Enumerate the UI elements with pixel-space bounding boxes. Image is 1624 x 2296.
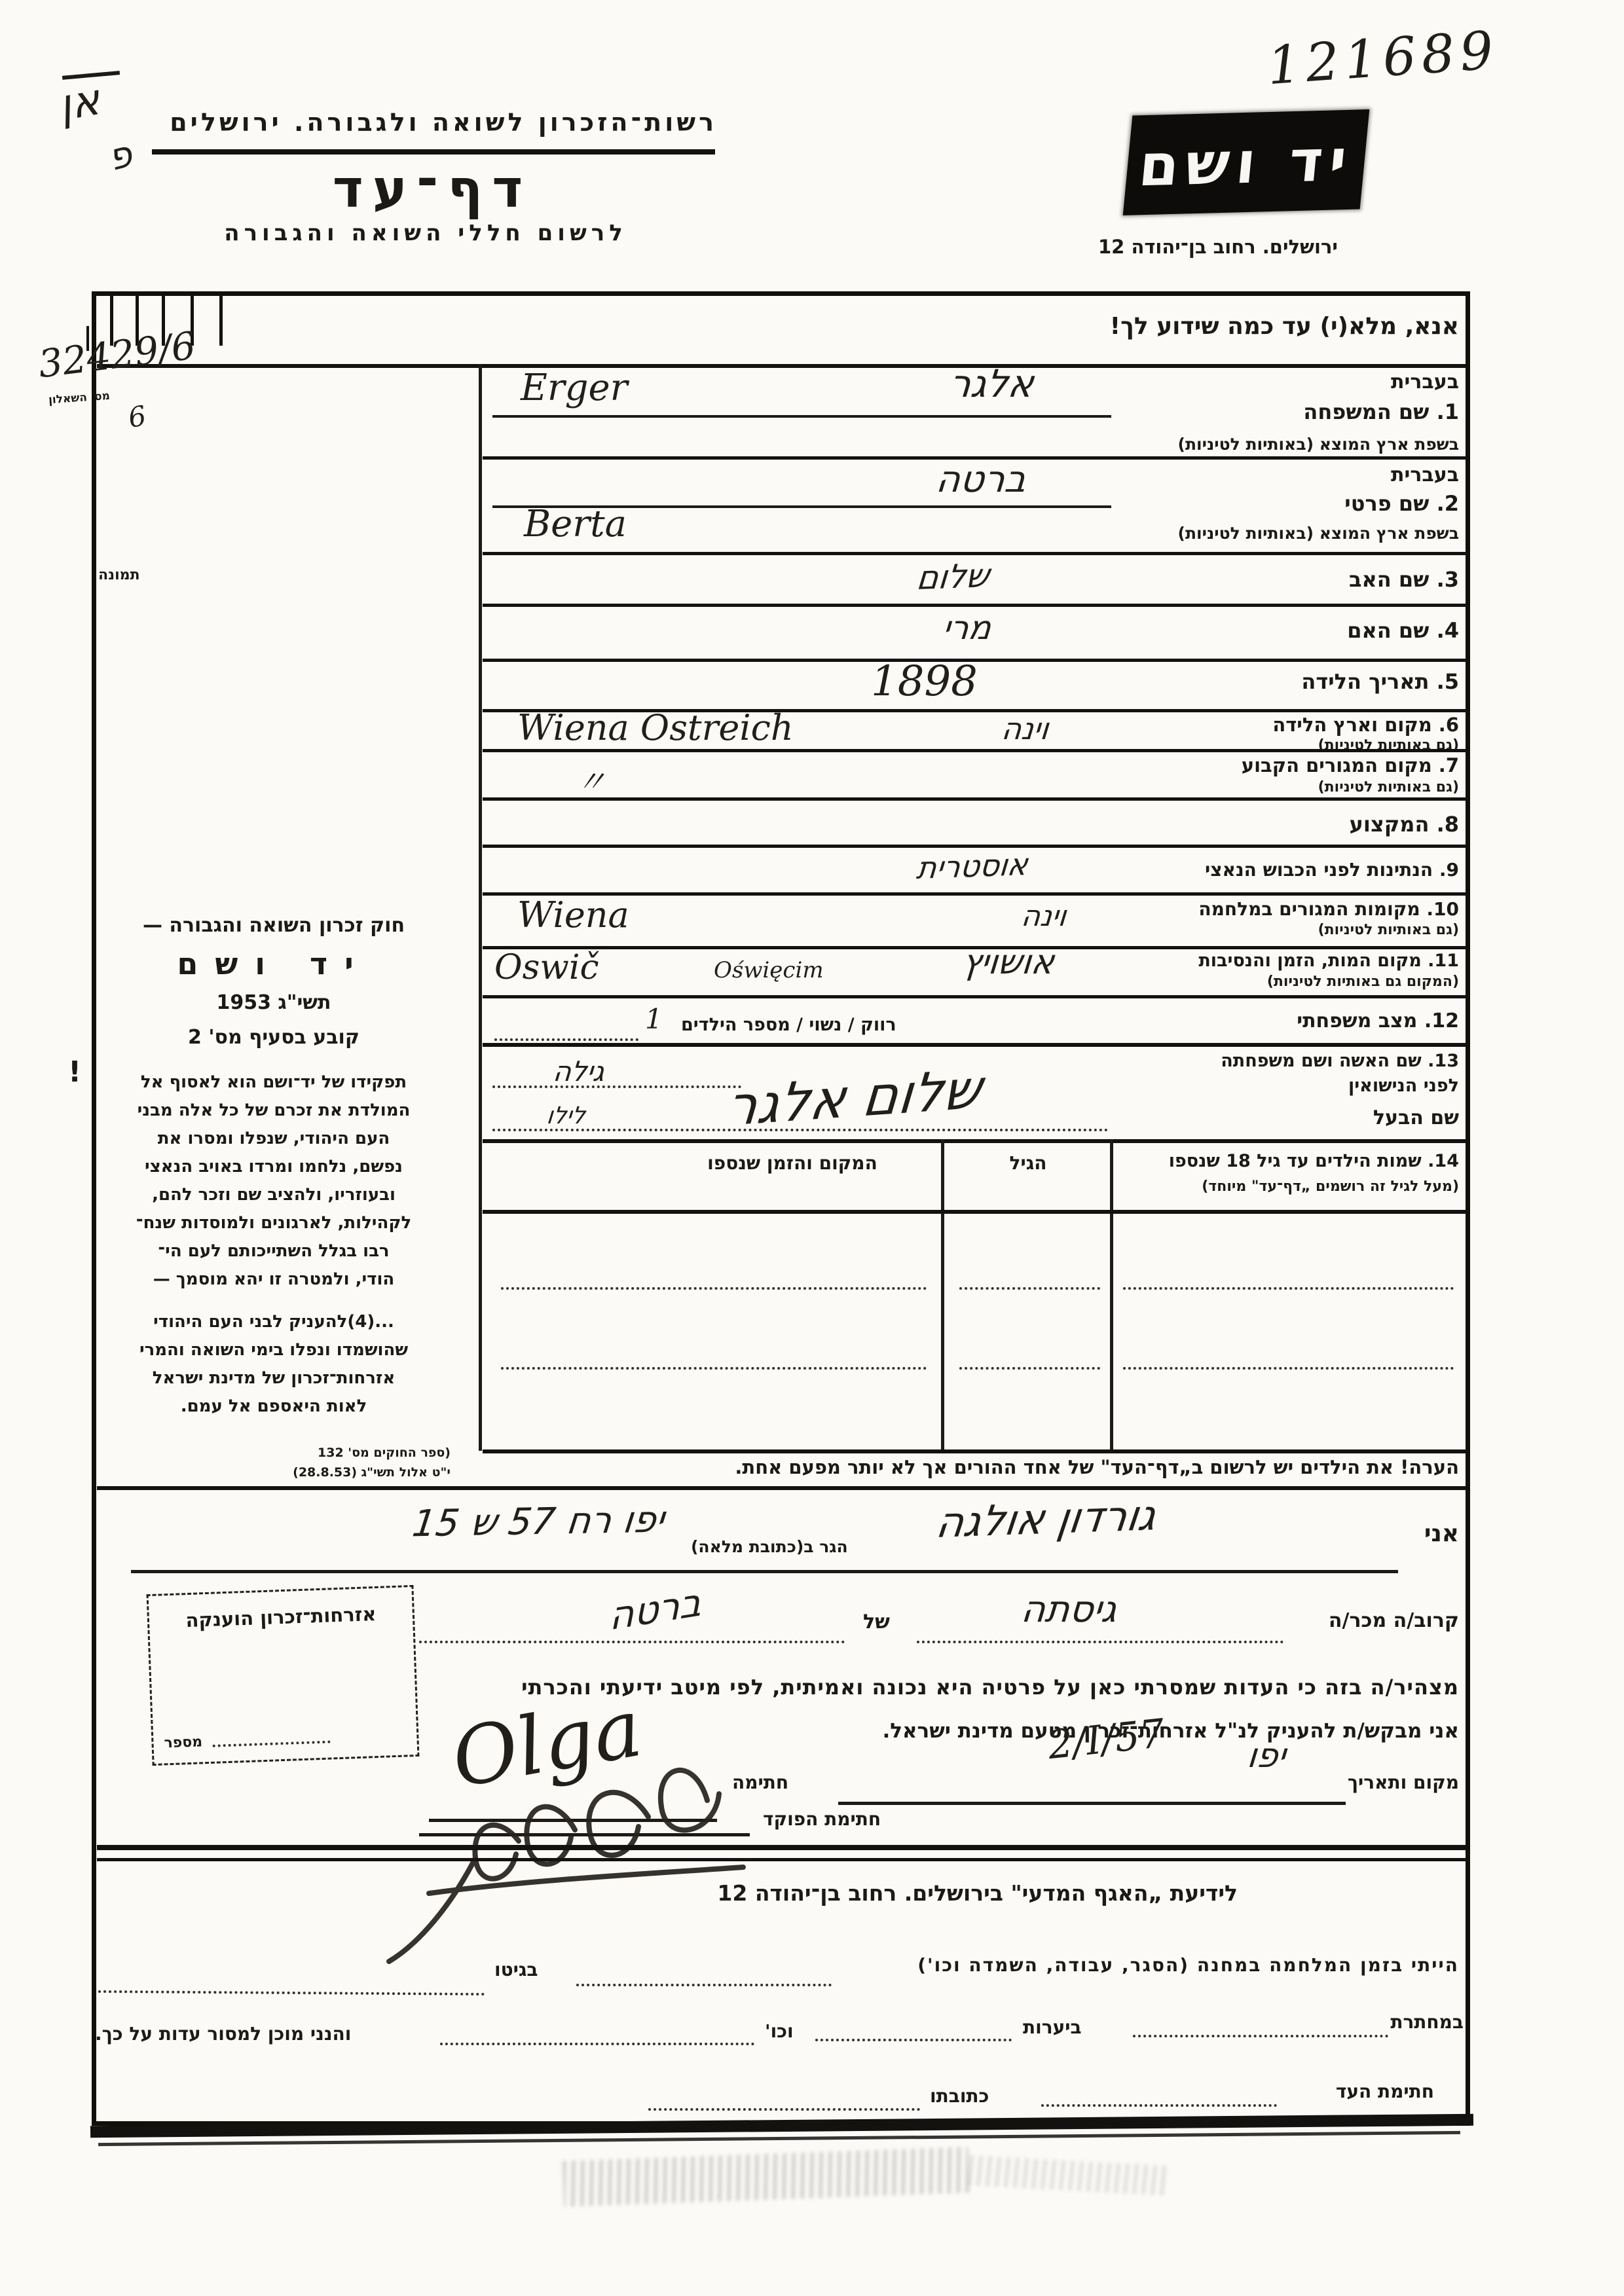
field1-hebrew-label: בעברית — [1391, 371, 1459, 393]
form-subtitle: לרשום חללי השואה והגבורה — [196, 220, 655, 246]
declarant-name: גורדון אולגה — [933, 1491, 1159, 1548]
law-excerpt-block: חוק זכרון השואה והגבורה — יד ושם תשי"ג 1… — [97, 911, 451, 1482]
forests-line — [815, 2039, 1012, 2041]
field12-options: רווק / נשוי / מספר הילדים — [681, 1015, 896, 1035]
field9-value: אוסטרית — [915, 847, 1029, 886]
table-row2-age — [959, 1367, 1100, 1370]
field6-value-hebrew: וינה — [1000, 711, 1050, 746]
field13-value: גילה — [551, 1055, 606, 1087]
stamp-box-title: אזרחות־זכרון הוענקה — [149, 1601, 413, 1633]
section-double-rule-2 — [97, 1858, 1466, 1861]
declarant-i-label: אני — [1424, 1520, 1459, 1547]
place-date-line — [838, 1802, 1346, 1805]
law-clause-line: שהושמדו ונפלו בימי השואה והמרי — [97, 1336, 451, 1364]
scanned-testimony-page: אן פ רשות־הזכרון לשואה ולגבורה. ירושלים … — [0, 0, 1624, 2296]
field4-value: מרי — [941, 609, 993, 647]
field2-latin-sublabel: בשפת ארץ המוצא (באותיות לטיניות) — [1178, 524, 1459, 543]
relation-dotted-line — [917, 1641, 1283, 1643]
field12-separator — [483, 1043, 1467, 1047]
field14-sublabel: (מעל לגיל זה רושמים „דף־עד" מיוחד) — [1202, 1178, 1459, 1195]
witness-addr-line — [648, 2108, 920, 2111]
field11-label: 11. מקום המות, הזמן והנסיבות — [1198, 951, 1459, 971]
fill-instruction: אנא, מלא(י) עד כמה שידוע לך! — [1110, 313, 1459, 340]
law-body-line: ובעוזריו, ולהציב שם וזכר להם, — [97, 1181, 451, 1209]
field5-label: 5. תאריך הלידה — [1301, 669, 1459, 694]
note-top-rule — [483, 1449, 1467, 1453]
declaration-statement: מצהיר/ה בזה כי העדות שמסרתי כאן על פרטיה… — [521, 1675, 1459, 1700]
table-col-age: הגיל — [969, 1152, 1087, 1174]
husband-label: שם הבעל — [1373, 1106, 1459, 1129]
field10-value-hebrew: וינה — [1020, 900, 1068, 933]
law-body-line: לקהילות, לארגונים ולמוסדות שנח־ — [97, 1209, 451, 1237]
husband-value-small: לילו — [545, 1102, 587, 1129]
field6-separator — [483, 749, 1467, 752]
law-body-line: תפקידו של יד־ושם הוא לאסוף אל — [97, 1068, 451, 1097]
field10-label: 10. מקומות המגורים במלחמה — [1198, 898, 1459, 920]
pencil-smudge — [563, 2147, 970, 2207]
tally-mark — [219, 295, 223, 346]
corner-mark-small: פ — [104, 133, 137, 180]
field13-dotted-line — [492, 1085, 741, 1088]
declaration-line1 — [131, 1570, 1398, 1573]
table-top-rule — [483, 1139, 1467, 1143]
etc-line — [440, 2043, 754, 2045]
relative-label: קרוב/ה מכר/ה — [1329, 1609, 1459, 1632]
etc-label: וכו' — [765, 2020, 794, 2042]
field12-value: 1 — [645, 1003, 663, 1035]
field6-label: 6. מקום וארץ הלידה — [1272, 714, 1459, 736]
yad-vashem-logo-text: יד ושם — [1136, 126, 1356, 199]
witness-sig-line — [1041, 2104, 1277, 2107]
law-clause-line: ...(4)להעניק לבני העם היהודי — [97, 1308, 451, 1336]
law-section: קובע בסעיף מס' 2 — [97, 1023, 451, 1051]
field3-label: 3. שם האב — [1349, 567, 1459, 592]
field11-value-latin2: Oświęcim — [714, 957, 824, 983]
field14-label: 14. שמות הילדים עד גיל 18 שנספו — [1169, 1151, 1459, 1171]
field11-separator — [483, 995, 1467, 998]
law-body-line: העם היהודי, שנפלו ומסרו את — [97, 1125, 451, 1153]
law-source-line: י"ט אלול תשי"ג (28.8.53) — [97, 1463, 451, 1482]
field2-value-latin: Berta — [524, 503, 627, 545]
law-org-name: יד ושם — [97, 950, 451, 978]
table-col-place: המקום והזמן שנספו — [661, 1152, 923, 1174]
field13-label2: לפני הנישואין — [1348, 1076, 1459, 1096]
table-header-rule — [483, 1210, 1467, 1214]
field5-value: 1898 — [871, 657, 978, 706]
law-body-line: רבו בגלל השתייכותם לעם הי־ — [97, 1237, 451, 1266]
war-camp-label: הייתי בזמן המלחמה במחנה (הסגר, עבודה, הש… — [917, 1954, 1459, 1976]
header-rule — [152, 149, 715, 155]
field1-writing-line — [492, 415, 1111, 418]
table-divider-age-place — [941, 1139, 944, 1450]
field12-label: 12. מצב משפחתי — [1297, 1010, 1459, 1032]
field3-value: שלום — [915, 556, 991, 597]
underground-line — [1133, 2035, 1388, 2037]
field10-value-latin: Wiena — [517, 894, 629, 936]
field7-label: 7. מקום המגורים הקבוע — [1242, 754, 1459, 776]
column-divider — [479, 364, 482, 1451]
law-clause-line: אזרחות־זכרון של מדינת ישראל — [97, 1364, 451, 1393]
form-title: דף־עד — [282, 158, 583, 219]
field6-value-latin: Wiena Ostreich — [517, 707, 794, 748]
field7-value: 〃 — [574, 758, 609, 801]
law-clause-line: לאות היאספם אל עמם. — [97, 1393, 451, 1421]
photo-label: תמונה — [98, 567, 140, 583]
field8-separator — [483, 845, 1467, 848]
law-year: תשי"ג 1953 — [97, 989, 451, 1017]
field2-label: 2. שם פרטי — [1344, 491, 1459, 516]
war-camp-line — [576, 1984, 832, 1986]
place-value: יפו — [1246, 1736, 1288, 1776]
field11-sublabel: (המקום גם באותיות לטיניות) — [1267, 974, 1459, 990]
field9-separator — [483, 892, 1467, 896]
ready-to-testify-text: והנני מוכן למסור עדות על כך. — [95, 2023, 351, 2045]
witness-addr-label: כתובתו — [930, 2085, 989, 2107]
field1-label: 1. שם המשפחה — [1303, 399, 1459, 424]
of-dotted-line — [419, 1641, 845, 1643]
stamp-box-number-label: מספר — [164, 1734, 202, 1751]
law-body-line: המולדת את זכרם של כל אלה מבני — [97, 1097, 451, 1125]
field4-label: 4. שם האם — [1347, 618, 1459, 643]
children-note: הערה! את הילדים יש לרשום ב„דף־העד" של אח… — [735, 1456, 1459, 1478]
field11-value-hebrew: אושויץ — [961, 943, 1056, 982]
field10-sublabel: (גם באותיות לטיניות) — [1318, 922, 1459, 938]
field1-latin-sublabel: בשפת ארץ המוצא (באותיות לטיניות) — [1178, 435, 1459, 454]
field2-hebrew-label: בעברית — [1391, 464, 1459, 486]
field1-value-latin: Erger — [521, 367, 627, 409]
field8-label: 8. המקצוע — [1350, 812, 1459, 837]
of-label: של — [863, 1611, 890, 1633]
ghetto-label: בגיטו — [494, 1959, 538, 1980]
footer-info: לידיעת „האגף המדעי" בירושלים. רחוב בן־יה… — [717, 1880, 1238, 1906]
note-bottom-rule — [97, 1486, 1466, 1490]
yad-vashem-logo: יד ושם — [1123, 109, 1370, 215]
margin-exclamation-mark: ! — [68, 1055, 81, 1089]
table-row1-place — [501, 1287, 927, 1290]
law-title: חוק זכרון השואה והגבורה — — [97, 911, 451, 939]
field7-separator — [483, 797, 1467, 801]
memorial-citizenship-stamp-box: אזרחות־זכרון הוענקה מספר — [147, 1585, 420, 1766]
page-number-handwritten: 121689 — [1265, 20, 1500, 96]
pencil-smudge — [969, 2155, 1166, 2196]
law-body-line: נפשם, נלחמו ומרדו באויב הנאצי — [97, 1153, 451, 1181]
field2-value-hebrew: ברטה — [934, 458, 1029, 501]
table-row1-age — [959, 1287, 1100, 1290]
field11-value-latin: Oswič — [494, 948, 599, 987]
forests-label: ביערות — [1023, 2016, 1082, 2038]
witness-sig-label: חתימת העד — [1336, 2081, 1434, 2102]
field12-dotted-leader — [494, 1038, 638, 1041]
field2-separator — [483, 552, 1467, 555]
table-divider-names-age — [1110, 1139, 1113, 1450]
declaration-request: אני מבקש/ת להעניק לנ"ל אזרחות־זכרון מטעם… — [882, 1719, 1459, 1743]
underground-label: במחתרת — [1390, 2011, 1464, 2033]
law-source-line: (ספר החוקים מס' 132 — [97, 1443, 451, 1463]
field13-label: 13. שם האשה ושם משפחתה — [1221, 1051, 1459, 1071]
field1-value-hebrew: אלגר — [947, 361, 1036, 406]
top-rule — [97, 364, 1466, 368]
section-double-rule-1 — [97, 1845, 1466, 1850]
field9-label: 9. הנתינות לפני הכבוש הנאצי — [1205, 859, 1459, 881]
place-date-label: מקום ותאריך — [1348, 1772, 1459, 1793]
stamp-box-number-line — [213, 1741, 331, 1747]
field3-separator — [483, 604, 1467, 607]
authority-title: רשות־הזכרון לשואה ולגבורה. ירושלים — [170, 108, 717, 137]
table-row2-place — [501, 1367, 927, 1370]
field7-sublabel: (גם באותיות לטיניות) — [1318, 779, 1459, 795]
table-row1-name — [1123, 1287, 1454, 1290]
relation-value: גיסתה — [1020, 1588, 1119, 1631]
declarant-address: יפו רח 57 ש 15 — [410, 1499, 667, 1546]
corner-mark: אן — [55, 74, 104, 131]
table-row2-name — [1123, 1367, 1454, 1370]
logo-address: ירושלים. רחוב בן־יהודה 12 — [1061, 236, 1375, 258]
address-label: הגר ב(כתובת מלאה) — [691, 1537, 848, 1556]
law-body-line: הודי, ולמטרה זו יהא מוסמך — — [97, 1266, 451, 1294]
